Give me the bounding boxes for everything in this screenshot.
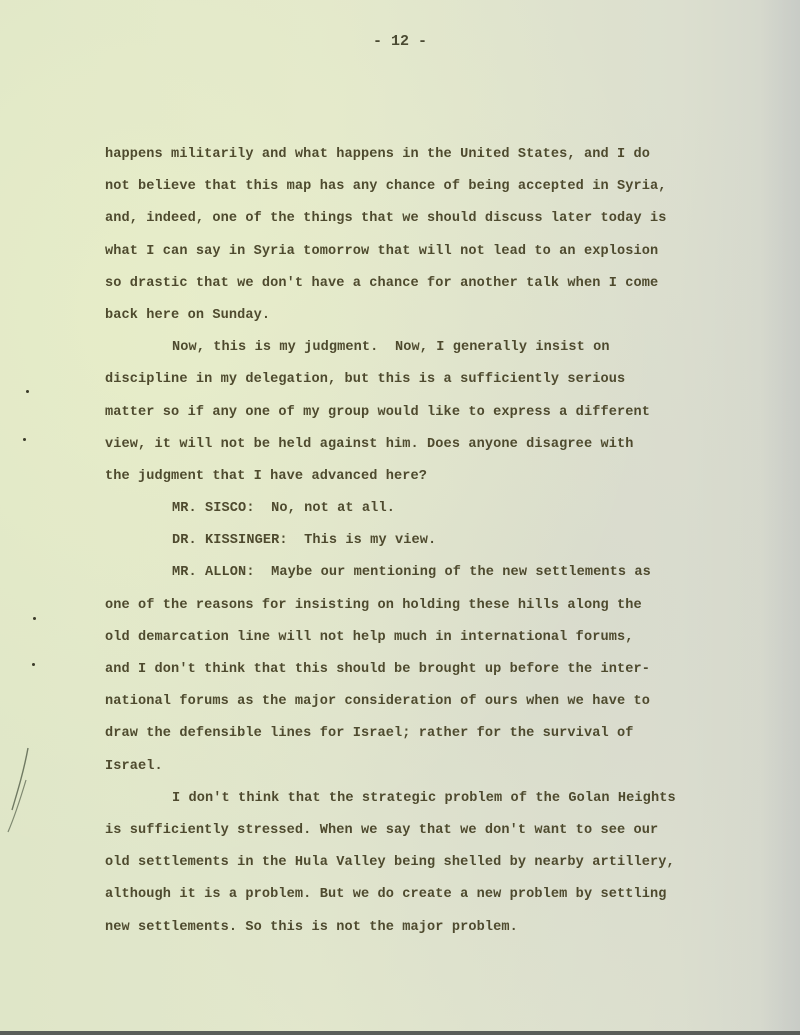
margin-dot-mark — [26, 390, 29, 393]
text-line: so drastic that we don't have a chance f… — [105, 273, 765, 305]
text-line: discipline in my delegation, but this is… — [105, 369, 765, 401]
text-line: and, indeed, one of the things that we s… — [105, 208, 765, 240]
text-line: matter so if any one of my group would l… — [105, 402, 765, 434]
page-number: - 12 - — [0, 33, 800, 50]
text-line: old settlements in the Hula Valley being… — [105, 852, 765, 884]
text-line: although it is a problem. But we do crea… — [105, 884, 765, 916]
text-line: what I can say in Syria tomorrow that wi… — [105, 241, 765, 273]
text-line: Israel. — [105, 756, 765, 788]
paragraph-start-line: Now, this is my judgment. Now, I general… — [105, 337, 765, 369]
text-line: the judgment that I have advanced here? — [105, 466, 765, 498]
text-line: draw the defensible lines for Israel; ra… — [105, 723, 765, 755]
text-line: national forums as the major considerati… — [105, 691, 765, 723]
speaker-line-kissinger: DR. KISSINGER: This is my view. — [105, 530, 765, 562]
document-body: happens militarily and what happens in t… — [105, 144, 765, 949]
text-line: one of the reasons for insisting on hold… — [105, 595, 765, 627]
text-line: old demarcation line will not help much … — [105, 627, 765, 659]
page-shadow — [760, 0, 800, 1035]
speaker-line-sisco: MR. SISCO: No, not at all. — [105, 498, 765, 530]
speaker-line-allon: MR. ALLON: Maybe our mentioning of the n… — [105, 562, 765, 594]
text-line: back here on Sunday. — [105, 305, 765, 337]
text-line: is sufficiently stressed. When we say th… — [105, 820, 765, 852]
text-line: and I don't think that this should be br… — [105, 659, 765, 691]
text-line: happens militarily and what happens in t… — [105, 144, 765, 176]
margin-dot-mark — [33, 617, 36, 620]
margin-dot-mark — [32, 663, 35, 666]
text-line: not believe that this map has any chance… — [105, 176, 765, 208]
margin-dot-mark — [23, 438, 26, 441]
paragraph-start-line: I don't think that the strategic problem… — [105, 788, 765, 820]
text-line: new settlements. So this is not the majo… — [105, 917, 765, 949]
document-page: - 12 - happens militarily and what happe… — [0, 0, 800, 1035]
pen-mark-icon — [4, 740, 34, 840]
page-bottom-edge — [0, 1031, 800, 1035]
text-line: view, it will not be held against him. D… — [105, 434, 765, 466]
